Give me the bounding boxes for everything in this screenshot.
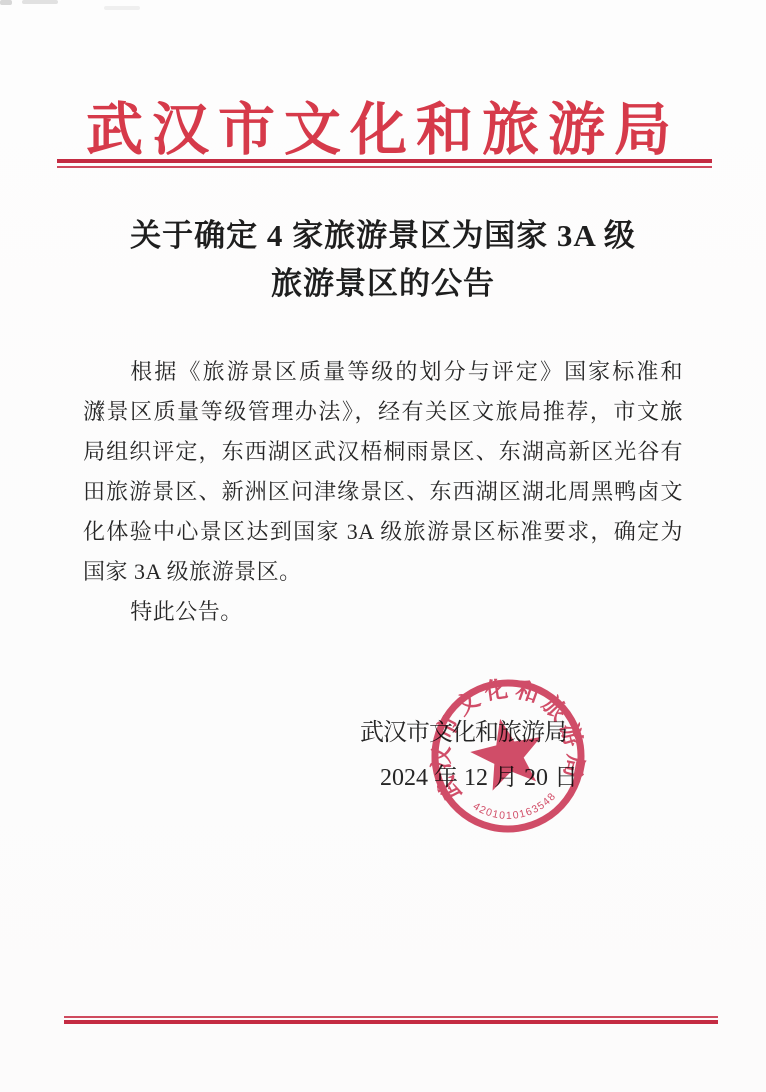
letterhead-agency-name: 武汉市文化和旅游局 — [0, 84, 766, 166]
document-title-line2: 旅游景区的公告 — [0, 260, 766, 308]
body-line: 根据《旅游景区质量等级的划分与评定》国家标准和《旅 — [83, 352, 683, 392]
seal-code: 4201010163548 — [470, 789, 562, 827]
body-line: 游景区质量等级管理办法》，经有关区文旅局推荐，市文旅 — [83, 392, 683, 432]
scan-artifact — [22, 0, 58, 4]
body-line: 国家 3A 级旅游景区。 — [83, 552, 683, 592]
letterhead-divider — [57, 159, 712, 168]
document-title: 关于确定 4 家旅游景区为国家 3A 级 旅游景区的公告 — [0, 212, 766, 308]
document-body: 根据《旅游景区质量等级的划分与评定》国家标准和《旅 游景区质量等级管理办法》，经… — [83, 352, 683, 632]
divider-thick-line — [64, 1020, 718, 1024]
divider-thin-line — [57, 166, 712, 168]
body-line: 局组织评定，东西湖区武汉梧桐雨景区、东湖高新区光谷有 — [83, 432, 683, 472]
footer-divider — [64, 1016, 718, 1024]
seal-ring — [426, 674, 591, 839]
official-seal: 武汉市文化和旅游局 4201010163548 — [424, 672, 592, 840]
signature-date: 2024 年 12 月 20 日 — [380, 757, 578, 792]
scan-artifact — [0, 0, 12, 5]
body-line: 化体验中心景区达到国家 3A 级旅游景区标准要求，确定为 — [83, 512, 683, 552]
document-title-line1: 关于确定 4 家旅游景区为国家 3A 级 — [0, 212, 766, 260]
body-line: 田旅游景区、新洲区问津缘景区、东西湖区湖北周黑鸭卤文 — [83, 472, 683, 512]
signature-agency-name: 武汉市文化和旅游局 — [360, 712, 567, 747]
body-closing: 特此公告。 — [83, 592, 683, 632]
document-page: 武汉市文化和旅游局 关于确定 4 家旅游景区为国家 3A 级 旅游景区的公告 根… — [0, 0, 766, 1092]
scan-artifact — [104, 6, 140, 10]
